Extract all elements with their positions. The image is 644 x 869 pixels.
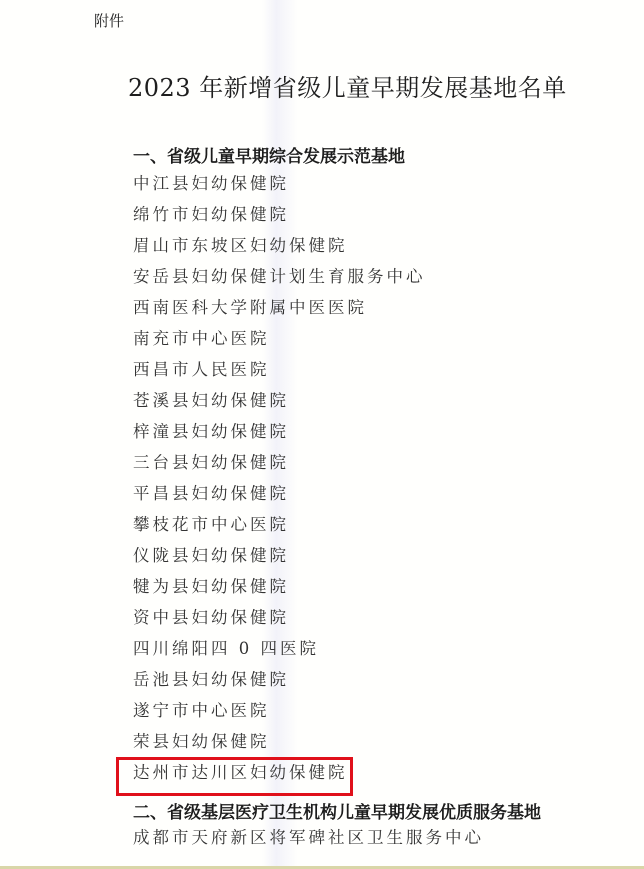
list-item: 仪陇县妇幼保健院 xyxy=(133,540,426,571)
list-item: 岳池县妇幼保健院 xyxy=(133,664,426,695)
list-item: 眉山市东坡区妇幼保健院 xyxy=(133,230,426,261)
highlight-box xyxy=(116,757,353,796)
section2-heading: 二、省级基层医疗卫生机构儿童早期发展优质服务基地 xyxy=(133,798,541,823)
list-item: 梓潼县妇幼保健院 xyxy=(133,416,426,447)
section1-heading: 一、省级儿童早期综合发展示范基地 xyxy=(133,142,405,167)
list-item: 遂宁市中心医院 xyxy=(133,695,426,726)
list-item: 成都市天府新区将军碑社区卫生服务中心 xyxy=(133,824,484,848)
document-title: 2023 年新增省级儿童早期发展基地名单 xyxy=(128,68,567,103)
list-item: 西南医科大学附属中医医院 xyxy=(133,292,426,323)
list-item: 四川绵阳四 0 四医院 xyxy=(133,633,426,664)
attachment-label: 附件 xyxy=(94,10,124,31)
document-page: 附件 2023 年新增省级儿童早期发展基地名单 一、省级儿童早期综合发展示范基地… xyxy=(0,0,644,866)
list-item: 攀枝花市中心医院 xyxy=(133,509,426,540)
section1-list: 中江县妇幼保健院 绵竹市妇幼保健院 眉山市东坡区妇幼保健院 安岳县妇幼保健计划生… xyxy=(133,168,426,788)
list-item: 安岳县妇幼保健计划生育服务中心 xyxy=(133,261,426,292)
list-item: 南充市中心医院 xyxy=(133,323,426,354)
list-item: 绵竹市妇幼保健院 xyxy=(133,199,426,230)
list-item: 平昌县妇幼保健院 xyxy=(133,478,426,509)
list-item: 三台县妇幼保健院 xyxy=(133,447,426,478)
list-item: 犍为县妇幼保健院 xyxy=(133,571,426,602)
list-item: 苍溪县妇幼保健院 xyxy=(133,385,426,416)
list-item: 荣县妇幼保健院 xyxy=(133,726,426,757)
list-item: 中江县妇幼保健院 xyxy=(133,168,426,199)
list-item: 西昌市人民医院 xyxy=(133,354,426,385)
list-item: 资中县妇幼保健院 xyxy=(133,602,426,633)
